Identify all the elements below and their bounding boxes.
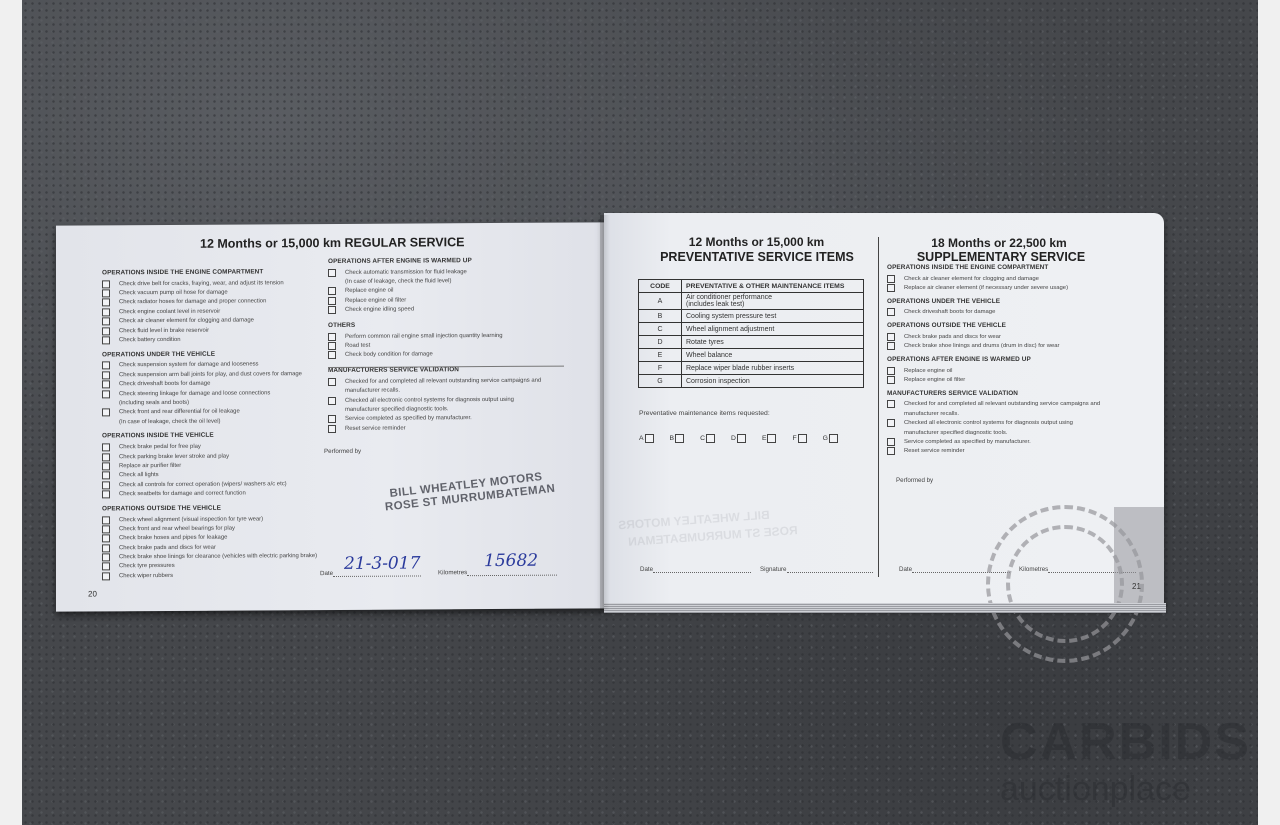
date-label: Date	[320, 570, 333, 577]
checklist-column-2: OPERATIONS AFTER ENGINE IS WARMED UPChec…	[328, 257, 541, 434]
section-heading: MANUFACTURERS SERVICE VALIDATION	[887, 390, 1100, 397]
checkbox[interactable]	[102, 318, 110, 326]
requested-code-label: B	[670, 435, 675, 442]
checkbox[interactable]	[887, 447, 895, 455]
checkbox[interactable]	[887, 275, 895, 283]
checklist-item: Check wiper rubbers	[102, 570, 317, 581]
checklist-item-label: Checked all electronic control systems f…	[904, 420, 1073, 426]
checkbox[interactable]	[102, 308, 110, 316]
item-text: Rotate tyres	[686, 339, 859, 346]
checklist-item-label: Check front and rear wheel bearings for …	[119, 525, 235, 532]
checklist-column-1: OPERATIONS INSIDE THE ENGINE COMPARTMENT…	[102, 268, 317, 581]
checklist-item-label: Check wheel alignment (visual inspection…	[119, 516, 263, 523]
checklist-item-label: Check air cleaner element for clogging a…	[904, 276, 1039, 282]
page-edge-stack	[604, 603, 1166, 613]
checklist-item: Check brake pads and discs for wear	[887, 332, 1100, 341]
checklist-item-label: Check radiator hoses for damage and prop…	[119, 299, 266, 306]
checklist-item-label: Check engine idling speed	[345, 307, 414, 313]
checklist-item-label: Checked all electronic control systems f…	[345, 396, 514, 403]
checkbox[interactable]	[102, 516, 110, 524]
checkbox[interactable]	[102, 462, 110, 470]
code-cell: E	[639, 349, 682, 362]
checklist-item: Check seatbelts for damage and correct f…	[102, 489, 317, 500]
date-label: Date	[899, 566, 912, 573]
checklist-item-label: Check brake hoses and pipes for leakage	[119, 535, 227, 542]
item-cell: Wheel balance	[682, 349, 864, 362]
code-cell: A	[639, 293, 682, 310]
requested-code-label: F	[792, 435, 796, 442]
table-row: CWheel alignment adjustment	[639, 323, 864, 336]
checklist-item-label: Check brake pads and discs for wear	[904, 334, 1001, 340]
date-value: 21-3-017	[344, 553, 420, 573]
checkbox[interactable]	[102, 481, 110, 489]
checkbox[interactable]	[887, 400, 895, 408]
item-text: Wheel balance	[686, 352, 859, 359]
checklist-item-continuation: (In case of leakage, check the oil level…	[102, 416, 317, 427]
item-text: Replace wiper blade rubber inserts	[686, 365, 859, 372]
checkbox[interactable]	[102, 544, 110, 552]
code-cell: G	[639, 375, 682, 388]
checkbox[interactable]	[328, 415, 336, 423]
checklist-item-label: Replace air purifier filter	[119, 463, 181, 469]
column-divider	[878, 237, 879, 577]
supplementary-title-line1: 18 Months or 22,500 km	[904, 236, 1094, 250]
requested-item-d[interactable]: D	[731, 434, 746, 443]
checklist-item-label: Check steering linkage for damage and lo…	[119, 390, 270, 397]
table-row: AAir conditioner performance(includes le…	[639, 293, 864, 310]
page-right: BILL WHEATLEY MOTORS ROSE ST MURRUMBATEM…	[604, 213, 1164, 608]
checkbox[interactable]	[102, 289, 110, 297]
checkbox[interactable]	[328, 397, 336, 405]
checkbox[interactable]	[102, 525, 110, 533]
checkbox[interactable]	[328, 425, 336, 433]
checklist-item-label: Replace engine oil	[345, 288, 393, 294]
checkbox[interactable]	[102, 327, 110, 335]
requested-item-b[interactable]: B	[670, 434, 685, 443]
signature-field[interactable]: Signature	[760, 566, 873, 573]
checkbox[interactable]	[102, 535, 110, 543]
checkbox[interactable]	[798, 434, 807, 443]
code-cell: C	[639, 323, 682, 336]
item-cell: Air conditioner performance(includes lea…	[682, 293, 864, 310]
checklist-item-label: Check air cleaner element for clogging a…	[119, 318, 254, 325]
checkbox[interactable]	[737, 434, 746, 443]
checkbox[interactable]	[887, 308, 895, 316]
checklist-item: Replace engine oil	[887, 366, 1100, 375]
table-row: EWheel balance	[639, 349, 864, 362]
section-heading: OPERATIONS UNDER THE VEHICLE	[887, 298, 1100, 305]
checkbox[interactable]	[102, 563, 110, 571]
checklist-item-label: Check front and rear differential for oi…	[119, 409, 240, 416]
checkbox[interactable]	[102, 336, 110, 344]
requested-item-f[interactable]: F	[792, 434, 806, 443]
watermark-fingerprint-icon	[1006, 525, 1124, 643]
page-title: 12 Months or 15,000 km REGULAR SERVICE	[200, 235, 464, 251]
page-left: 12 Months or 15,000 km REGULAR SERVICE O…	[56, 222, 606, 611]
checklist-item-label: Perform common rail engine small injecti…	[345, 333, 503, 340]
checklist-item-label: Check all lights	[119, 472, 159, 478]
checkbox[interactable]	[102, 490, 110, 498]
checkbox[interactable]	[102, 390, 110, 398]
checklist-item: Check battery condition	[102, 334, 317, 345]
checklist-item-label: Service completed as specified by manufa…	[345, 416, 472, 423]
item-text: Cooling system pressure test	[686, 313, 859, 320]
checklist-item-label: Reset service reminder	[345, 425, 406, 431]
section-heading: OPERATIONS UNDER THE VEHICLE	[102, 350, 317, 358]
checkbox[interactable]	[328, 378, 336, 386]
kilometres-value: 15682	[484, 551, 538, 571]
checklist-item: Check air cleaner element for clogging a…	[887, 274, 1100, 283]
requested-code-label: D	[731, 435, 736, 442]
requested-item-g[interactable]: G	[823, 434, 838, 443]
checkbox[interactable]	[328, 342, 336, 350]
date-label: Date	[640, 566, 653, 573]
section-heading: OTHERS	[328, 321, 541, 329]
item-cell: Cooling system pressure test	[682, 310, 864, 323]
checkbox[interactable]	[102, 280, 110, 288]
page-number: 20	[88, 589, 97, 598]
signature-label: Signature	[760, 566, 787, 573]
checkbox[interactable]	[328, 297, 336, 305]
checkbox[interactable]	[102, 453, 110, 461]
checklist-item-label: Check suspension arm ball joints for pla…	[119, 371, 302, 378]
column-header-items: PREVENTATIVE & OTHER MAINTENANCE ITEMS	[682, 280, 864, 293]
checklist-item-label: Check suspension system for damage and l…	[119, 362, 259, 369]
checklist-item-label: Check body condition for damage	[345, 352, 433, 359]
checklist-item: Replace engine oil filter	[887, 375, 1100, 384]
checklist-item-label: Replace engine oil	[904, 368, 952, 374]
checklist-item-label: Check vacuum pump oil hose for damage	[119, 290, 228, 297]
requested-items-checkboxes: ABCDEFG	[639, 427, 854, 445]
checklist-item: Reset service reminder	[887, 447, 1100, 456]
checklist-item-continuation: manufacturer recalls.	[887, 409, 1100, 418]
checkbox[interactable]	[887, 367, 895, 375]
watermark-brand: CARBIDS	[1000, 712, 1251, 772]
checkbox[interactable]	[102, 553, 110, 561]
checkbox[interactable]	[102, 572, 110, 580]
performed-by-label: Performed by	[324, 448, 361, 455]
code-cell: F	[639, 362, 682, 375]
checklist-item: Checked for and completed all relevant o…	[887, 400, 1100, 409]
section-heading: OPERATIONS OUTSIDE THE VEHICLE	[887, 322, 1100, 329]
checkbox[interactable]	[328, 269, 336, 277]
checklist-item-label: Road test	[345, 343, 370, 349]
checkbox[interactable]	[887, 284, 895, 292]
requested-code-label: C	[700, 435, 705, 442]
checklist-item-label: Check driveshaft boots for damage	[904, 309, 995, 315]
section-heading: OPERATIONS AFTER ENGINE IS WARMED UP	[328, 257, 541, 265]
item-cell: Rotate tyres	[682, 336, 864, 349]
supplementary-performed-by-label: Performed by	[896, 477, 933, 484]
checkbox[interactable]	[887, 333, 895, 341]
checkbox[interactable]	[328, 333, 336, 341]
checklist-item-label: Check all controls for correct operation…	[119, 481, 287, 488]
checkbox[interactable]	[102, 362, 110, 370]
checkbox[interactable]	[675, 434, 684, 443]
checkbox[interactable]	[102, 472, 110, 480]
checkbox[interactable]	[102, 371, 110, 379]
item-text: Air conditioner performance	[686, 294, 859, 301]
item-cell: Corrosion inspection	[682, 375, 864, 388]
checkbox[interactable]	[887, 376, 895, 384]
checklist-item-label: Check automatic transmission for fluid l…	[345, 269, 467, 276]
requested-code-label: G	[823, 435, 828, 442]
checkbox[interactable]	[102, 409, 110, 417]
checkbox[interactable]	[328, 351, 336, 359]
checklist-item-label: Check wiper rubbers	[119, 573, 173, 579]
checkbox[interactable]	[706, 434, 715, 443]
checklist-item-label: Replace engine oil filter	[345, 297, 406, 303]
checklist-item-label: Check tyre pressures	[119, 563, 175, 569]
checklist-item-label: Check brake shoe linings and drums (drum…	[904, 343, 1060, 349]
checklist-item-label: Service completed as specified by manufa…	[904, 439, 1031, 445]
checkbox[interactable]	[102, 381, 110, 389]
requested-code-label: A	[639, 435, 644, 442]
supplementary-title-line2: SUPPLEMENTARY SERVICE	[904, 250, 1098, 264]
table-row: GCorrosion inspection	[639, 375, 864, 388]
checklist-item-label: Check battery condition	[119, 337, 181, 343]
dealer-stamp: BILL WHEATLEY MOTORS ROSE ST MURRUMBATEM…	[383, 470, 556, 515]
table-row: FReplace wiper blade rubber inserts	[639, 362, 864, 375]
checkbox[interactable]	[887, 419, 895, 427]
checklist-item: Checked all electronic control systems f…	[887, 419, 1100, 428]
requested-code-label: E	[762, 435, 767, 442]
preventative-title-line1: 12 Months or 15,000 km	[684, 235, 829, 249]
table-row: DRotate tyres	[639, 336, 864, 349]
supplementary-checklist: OPERATIONS INSIDE THE ENGINE COMPARTMENT…	[887, 264, 1100, 456]
item-cell: Wheel alignment adjustment	[682, 323, 864, 336]
section-heading: OPERATIONS INSIDE THE ENGINE COMPARTMENT	[887, 264, 1100, 271]
checklist-item: Replace air cleaner element (if necessar…	[887, 283, 1100, 292]
preventative-date-field[interactable]: Date	[640, 566, 751, 573]
checklist-item: Check body condition for damage	[328, 349, 541, 360]
checklist-item-continuation: manufacturer specified diagnostic tools.	[887, 428, 1100, 437]
checklist-item-label: Check fluid level in brake reservoir	[119, 327, 209, 334]
checkbox[interactable]	[328, 287, 336, 295]
column-header-code: CODE	[639, 280, 682, 293]
watermark-tagline: auctionplace	[1000, 770, 1191, 809]
checklist-item-label: Reset service reminder	[904, 448, 965, 454]
checklist-item: Check brake shoe linings and drums (drum…	[887, 342, 1100, 351]
checklist-item-label: Check engine coolant level in reservoir	[119, 309, 220, 316]
requested-item-e[interactable]: E	[762, 434, 777, 443]
code-cell: D	[639, 336, 682, 349]
section-heading: OPERATIONS AFTER ENGINE IS WARMED UP	[887, 356, 1100, 363]
item-text: Corrosion inspection	[686, 378, 859, 385]
checklist-item-label: Check driveshaft boots for damage	[119, 381, 210, 388]
book-spine	[600, 215, 610, 610]
checklist-item: Check engine idling speed	[328, 304, 541, 315]
checkbox[interactable]	[887, 342, 895, 350]
checklist-item-label: Replace air cleaner element (if necessar…	[904, 285, 1068, 291]
checklist-item-label: Check seatbelts for damage and correct f…	[119, 491, 246, 498]
section-heading: OPERATIONS INSIDE THE ENGINE COMPARTMENT	[102, 268, 317, 276]
checkbox[interactable]	[102, 299, 110, 307]
checklist-item-label: Check brake pads and discs for wear	[119, 544, 216, 551]
item-cell: Replace wiper blade rubber inserts	[682, 362, 864, 375]
section-heading: OPERATIONS INSIDE THE VEHICLE	[102, 432, 317, 440]
checklist-item: Check driveshaft boots for damage	[887, 308, 1100, 317]
checklist-item: Reset service reminder	[328, 423, 541, 434]
checkbox[interactable]	[102, 444, 110, 452]
checklist-item-label: Check brake pedal for free play	[119, 444, 201, 451]
checkbox[interactable]	[767, 434, 776, 443]
item-text: Wheel alignment adjustment	[686, 326, 859, 333]
table-row: BCooling system pressure test	[639, 310, 864, 323]
checklist-item-label: Check parking brake lever stroke and pla…	[119, 453, 229, 460]
checklist-item-label: Checked for and completed all relevant o…	[904, 401, 1100, 407]
requested-item-a[interactable]: A	[639, 434, 654, 443]
preventative-title-line2: PREVENTATIVE SERVICE ITEMS	[652, 250, 862, 264]
checkbox[interactable]	[645, 434, 654, 443]
requested-label: Preventative maintenance items requested…	[639, 410, 770, 417]
checklist-item-label: Replace engine oil filter	[904, 377, 965, 383]
code-cell: B	[639, 310, 682, 323]
checklist-item: Service completed as specified by manufa…	[887, 437, 1100, 446]
checklist-item-label: Check brake shoe linings for clearance (…	[119, 553, 317, 560]
item-text-continuation: (includes leak test)	[686, 301, 859, 308]
checklist-item-label: Check drive belt for cracks, fraying, we…	[119, 280, 284, 287]
preventative-items-table: CODE PREVENTATIVE & OTHER MAINTENANCE IT…	[638, 279, 864, 388]
requested-item-c[interactable]: C	[700, 434, 715, 443]
section-heading: OPERATIONS OUTSIDE THE VEHICLE	[102, 504, 317, 512]
checklist-item-label: Checked for and completed all relevant o…	[345, 378, 541, 385]
kilometres-label: Kilometres	[438, 569, 467, 576]
page-number: 21	[1132, 582, 1141, 591]
watermark-logo-block	[1114, 507, 1164, 608]
checkbox[interactable]	[887, 438, 895, 446]
checkbox[interactable]	[829, 434, 838, 443]
checkbox[interactable]	[328, 306, 336, 314]
